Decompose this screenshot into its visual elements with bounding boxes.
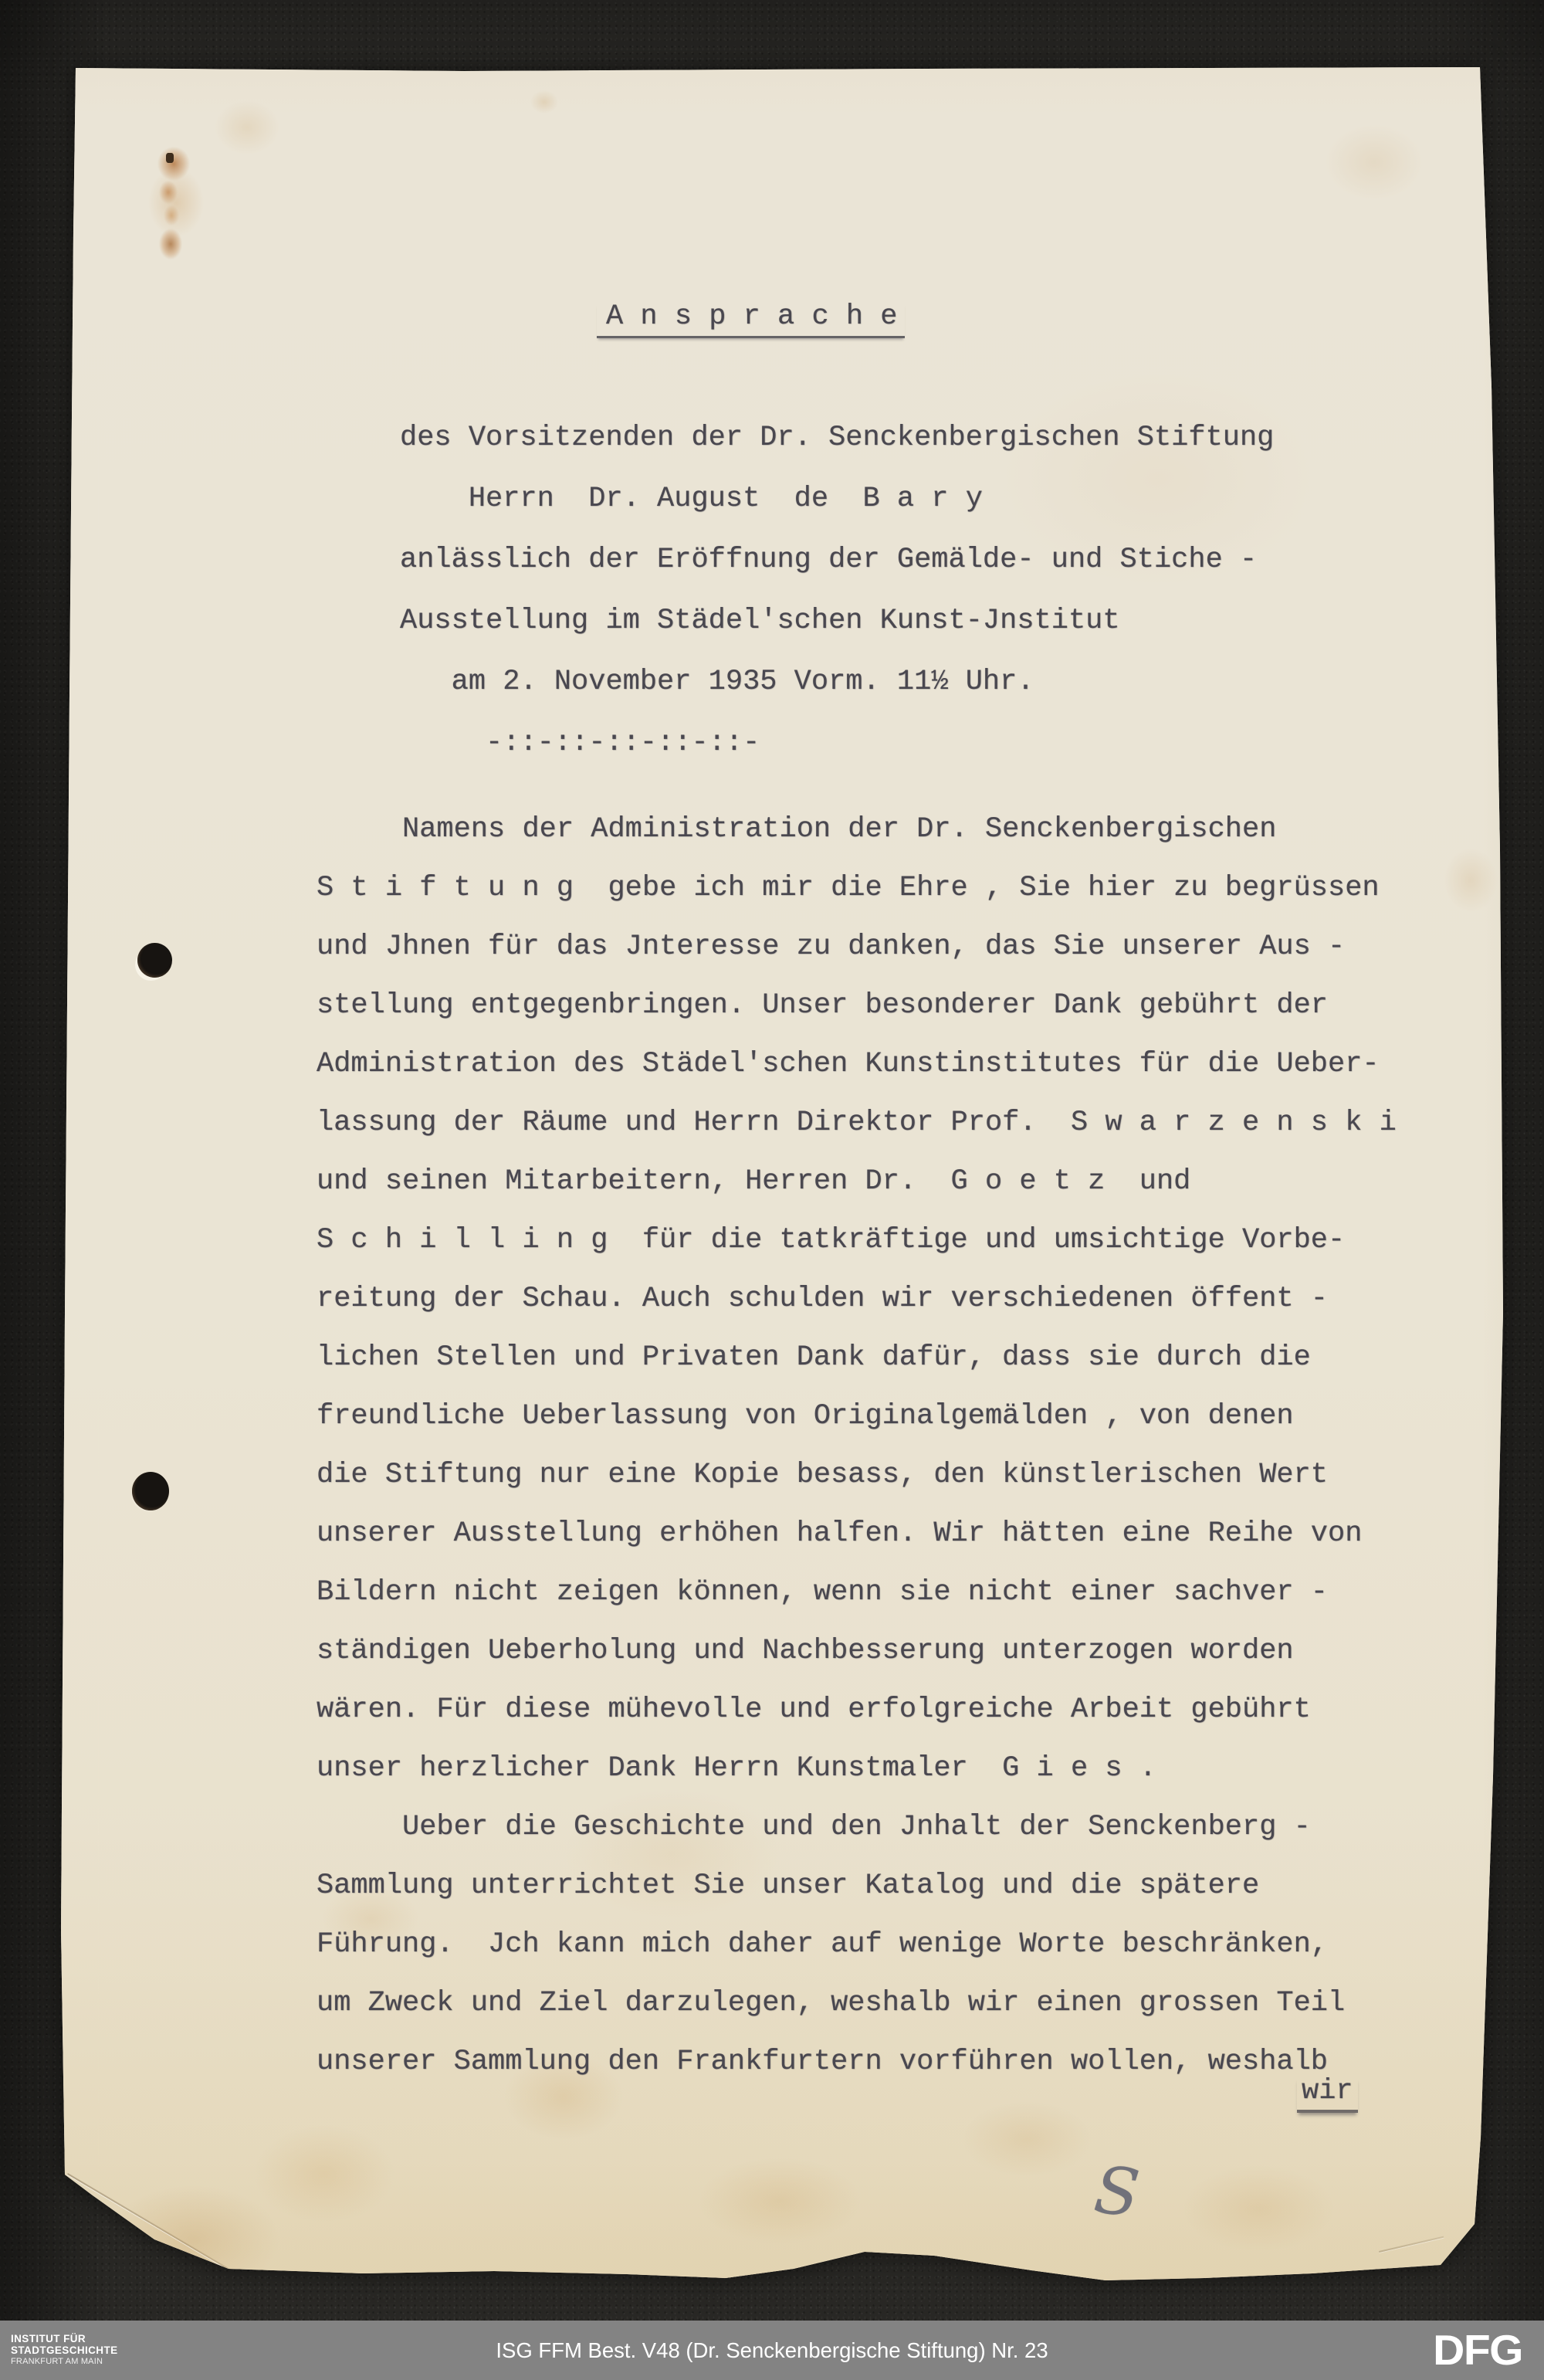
rust-stain: [159, 229, 182, 259]
dfg-logo: DFG: [1433, 2322, 1522, 2379]
document-page: A n s p r a c h e des Vorsitzenden der D…: [0, 0, 1544, 2324]
document-subheading: des Vorsitzenden der Dr. Senckenbergisch…: [400, 408, 1274, 774]
pencil-annotation: S: [1092, 2157, 1143, 2226]
fold-crease: [67, 2173, 230, 2270]
document-title: A n s p r a c h e: [597, 303, 905, 338]
fold-crease: [76, 2202, 201, 2272]
document-page-wrapper: A n s p r a c h e des Vorsitzenden der D…: [0, 0, 1544, 2380]
punch-hole: [132, 1472, 169, 1510]
document-body: Namens der Administration der Dr. Sencke…: [317, 800, 1397, 2091]
rust-stain: [159, 181, 178, 204]
scan-background: A n s p r a c h e des Vorsitzenden der D…: [0, 0, 1544, 2380]
rust-stain: [164, 205, 179, 225]
punch-hole: [137, 943, 172, 978]
catchword: wir: [1297, 2077, 1358, 2113]
pin-hole-mark: [166, 153, 174, 163]
footer-bar: INSTITUT FÜR STADTGESCHICHTE FRANKFURT A…: [0, 2321, 1544, 2380]
archive-reference: ISG FFM Best. V48 (Dr. Senckenbergische …: [0, 2321, 1544, 2380]
rust-stain: [157, 147, 190, 181]
fold-crease: [1379, 2236, 1444, 2253]
